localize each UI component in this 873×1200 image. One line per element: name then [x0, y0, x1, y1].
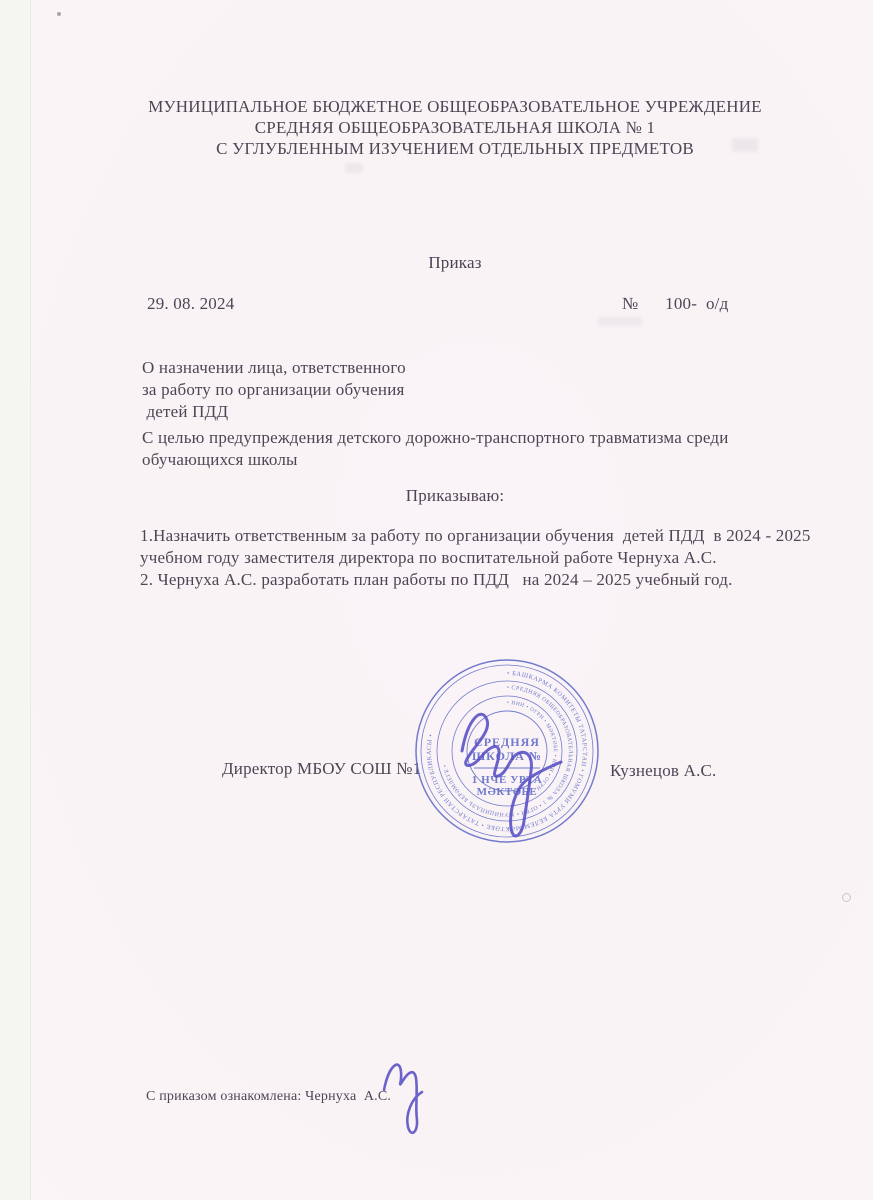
document-title: Приказ: [40, 252, 870, 274]
scan-smudge: [345, 163, 363, 173]
decree-word: Приказываю:: [40, 485, 870, 507]
subject-line2: за работу по организации обучения: [142, 379, 405, 401]
subject-line3: детей ПДД: [142, 401, 228, 423]
order-item1-line1: 1.Назначить ответственным за работу по о…: [140, 525, 811, 547]
preamble-line2: обучающихся школы: [142, 449, 298, 471]
subject-line1: О назначении лица, ответственного: [142, 357, 406, 379]
acknowledgment-signature: [374, 1048, 430, 1140]
preamble-line1: С целью предупреждения детского дорожно-…: [142, 427, 729, 449]
org-name-line1: МУНИЦИПАЛЬНОЕ БЮДЖЕТНОЕ ОБЩЕОБРАЗОВАТЕЛЬ…: [40, 96, 870, 118]
org-name-line3: С УГЛУБЛЕННЫМ ИЗУЧЕНИЕМ ОТДЕЛЬНЫХ ПРЕДМЕ…: [40, 138, 870, 160]
signer-title: Директор МБОУ СОШ №1: [222, 758, 421, 780]
scan-mark: [842, 893, 851, 902]
school-stamp: • БАШКАРМА КОМИТЕТЫ ТАТАРСТАН • ГОМУМИ У…: [412, 656, 608, 856]
signer-name: Кузнецов А.С.: [610, 760, 717, 782]
order-item1-line2: учебном году заместителя директора по во…: [140, 547, 717, 569]
scan-smudge: [598, 317, 642, 326]
order-number: № 100- о/д: [622, 293, 728, 315]
scanned-order-document: МУНИЦИПАЛЬНОЕ БЮДЖЕТНОЕ ОБЩЕОБРАЗОВАТЕЛЬ…: [0, 0, 873, 1200]
order-date: 29. 08. 2024: [147, 293, 234, 315]
scan-page-edge: [0, 0, 31, 1200]
order-item2: 2. Чернуха А.С. разработать план работы …: [140, 569, 733, 591]
acknowledgment-line: С приказом ознакомлена: Чернуха А.С.: [146, 1086, 391, 1108]
scan-speck: [57, 12, 61, 16]
org-name-line2: СРЕДНЯЯ ОБЩЕОБРАЗОВАТЕЛЬНАЯ ШКОЛА № 1: [40, 117, 870, 139]
